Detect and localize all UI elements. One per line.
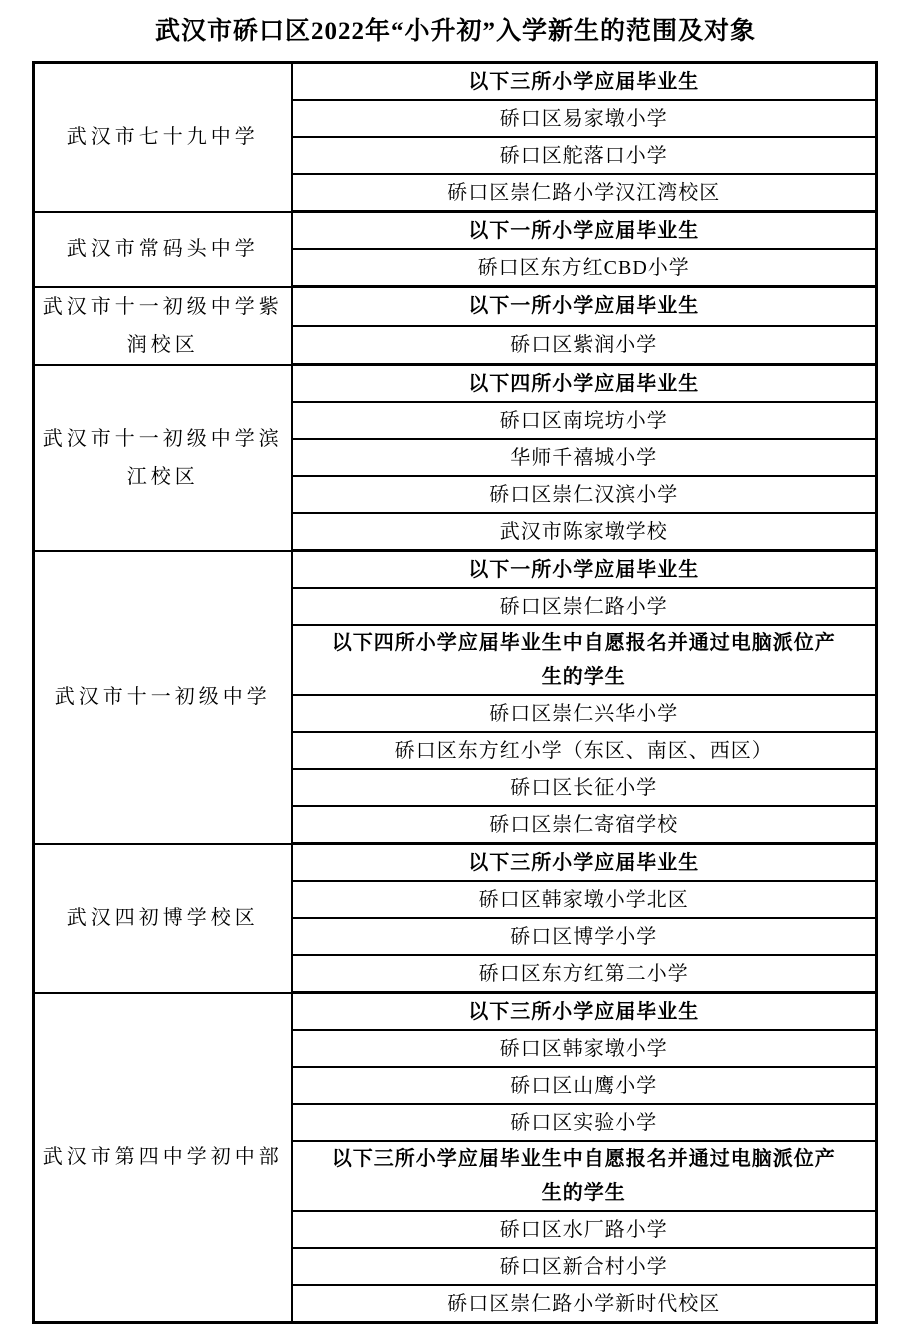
school-cell: 武汉市第四中学初中部	[34, 993, 292, 1323]
feeder-school-cell: 硚口区崇仁路小学汉江湾校区	[292, 174, 877, 212]
feeder-school-cell: 硚口区韩家墩小学	[292, 1030, 877, 1067]
feeder-school-cell: 硚口区东方红小学（东区、南区、西区）	[292, 732, 877, 769]
table-row: 武汉市十一初级中学以下一所小学应届毕业生	[34, 551, 877, 589]
feeder-school-cell: 硚口区紫润小学	[292, 326, 877, 365]
feeder-school-cell: 硚口区舵落口小学	[292, 137, 877, 174]
school-cell: 武汉市十一初级中学滨江校区	[34, 365, 292, 551]
feeder-school-cell: 硚口区崇仁汉滨小学	[292, 476, 877, 513]
group-header-cell: 以下三所小学应届毕业生	[292, 993, 877, 1031]
group-header-cell: 以下一所小学应届毕业生	[292, 551, 877, 589]
feeder-school-cell: 硚口区崇仁兴华小学	[292, 695, 877, 732]
feeder-school-cell: 硚口区水厂路小学	[292, 1211, 877, 1248]
feeder-school-cell: 硚口区东方红CBD小学	[292, 249, 877, 287]
enrollment-table: 武汉市七十九中学以下三所小学应届毕业生硚口区易家墩小学硚口区舵落口小学硚口区崇仁…	[32, 61, 878, 1324]
table-row: 武汉四初博学校区以下三所小学应届毕业生	[34, 844, 877, 882]
feeder-school-cell: 硚口区东方红第二小学	[292, 955, 877, 993]
feeder-school-cell: 武汉市陈家墩学校	[292, 513, 877, 551]
feeder-school-cell: 硚口区新合村小学	[292, 1248, 877, 1285]
group-header-cell: 以下一所小学应届毕业生	[292, 287, 877, 326]
group-header-cell: 以下四所小学应届毕业生中自愿报名并通过电脑派位产生的学生	[292, 625, 877, 695]
feeder-school-cell: 华师千禧城小学	[292, 439, 877, 476]
school-cell: 武汉市常码头中学	[34, 212, 292, 287]
table-row: 武汉市第四中学初中部以下三所小学应届毕业生	[34, 993, 877, 1031]
feeder-school-cell: 硚口区南垸坊小学	[292, 402, 877, 439]
table-row: 武汉市常码头中学以下一所小学应届毕业生	[34, 212, 877, 250]
feeder-school-cell: 硚口区博学小学	[292, 918, 877, 955]
table-row: 武汉市十一初级中学滨江校区以下四所小学应届毕业生	[34, 365, 877, 403]
feeder-school-cell: 硚口区易家墩小学	[292, 100, 877, 137]
table-row: 武汉市七十九中学以下三所小学应届毕业生	[34, 63, 877, 101]
school-cell: 武汉市七十九中学	[34, 63, 292, 212]
group-header-cell: 以下三所小学应届毕业生	[292, 63, 877, 101]
group-header-cell: 以下一所小学应届毕业生	[292, 212, 877, 250]
page-title: 武汉市硚口区2022年“小升初”入学新生的范围及对象	[0, 16, 911, 48]
feeder-school-cell: 硚口区山鹰小学	[292, 1067, 877, 1104]
feeder-school-cell: 硚口区韩家墩小学北区	[292, 881, 877, 918]
school-cell: 武汉四初博学校区	[34, 844, 292, 993]
school-cell: 武汉市十一初级中学紫润校区	[34, 287, 292, 365]
feeder-school-cell: 硚口区崇仁路小学新时代校区	[292, 1285, 877, 1323]
group-header-cell: 以下三所小学应届毕业生中自愿报名并通过电脑派位产生的学生	[292, 1141, 877, 1211]
feeder-school-cell: 硚口区实验小学	[292, 1104, 877, 1141]
feeder-school-cell: 硚口区崇仁路小学	[292, 588, 877, 625]
group-header-cell: 以下三所小学应届毕业生	[292, 844, 877, 882]
group-header-cell: 以下四所小学应届毕业生	[292, 365, 877, 403]
feeder-school-cell: 硚口区长征小学	[292, 769, 877, 806]
table-row: 武汉市十一初级中学紫润校区以下一所小学应届毕业生	[34, 287, 877, 326]
school-cell: 武汉市十一初级中学	[34, 551, 292, 844]
feeder-school-cell: 硚口区崇仁寄宿学校	[292, 806, 877, 844]
